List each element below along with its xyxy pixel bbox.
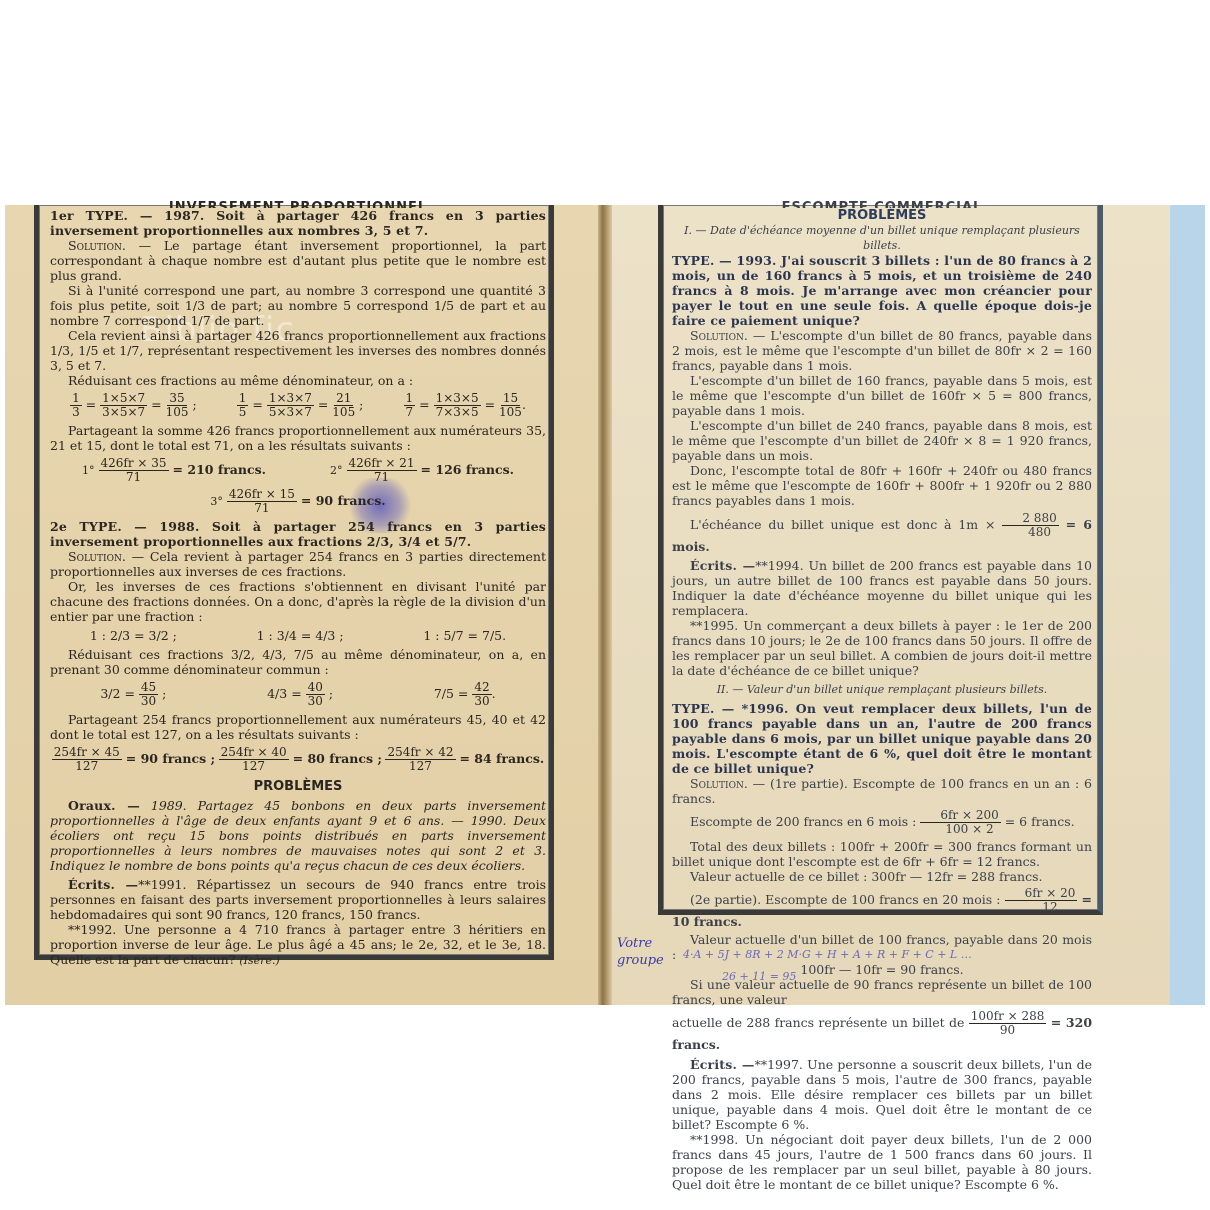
type1993-p2: L'escompte d'un billet de 160 francs, pa… [672,373,1092,418]
type1-results-row1: 1° 426fr × 3571 = 210 francs. 2° 426fr ×… [50,457,546,484]
type2-result-2: 254fr × 40127 = 80 francs ; [219,746,382,773]
background-sky [1170,205,1205,1005]
type2-divisions: 1 : 2/3 = 3/2 ; 1 : 3/4 = 4/3 ; 1 : 5/7 … [50,628,546,643]
common-2: 4/3 = 4030 ; [267,681,333,708]
ecrits-1997: Écrits. —**1997. Une personne a souscrit… [672,1057,1092,1132]
problems-title-left: PROBLÈMES [50,779,546,794]
type1996-heading: TYPE. — *1996. On veut remplacer deux bi… [672,701,1092,776]
handwritten-label: Votre groupe [617,935,677,969]
type1993-solution: Solution. — L'escompte d'un billet de 80… [672,328,1092,373]
common-3: 7/5 = 4230. [434,681,496,708]
type1996-part2: (2e partie). Escompte de 100 francs en 2… [672,887,1092,929]
section-2-title: II. — Valeur d'un billet unique remplaça… [672,682,1092,697]
problems-oraux: Oraux. — 1989. Partagez 45 bonbons en de… [50,798,546,873]
reduction-1: 13 = 1×5×73×5×7 = 35105 ; [70,392,197,419]
reduction-3: 17 = 1×3×57×3×5 = 15105. [404,392,526,419]
problem-1992: **1992. Une personne a 4 710 francs à pa… [50,922,546,968]
type2-common-denominator: 3/2 = 4530 ; 4/3 = 4030 ; 7/5 = 4230. [50,681,546,708]
division-3: 1 : 5/7 = 7/5. [423,628,506,643]
result-1: 1° 426fr × 3571 = 210 francs. [82,457,266,484]
division-2: 1 : 3/4 = 4/3 ; [257,628,344,643]
left-page-content: INVERSEMENT PROPORTIONNEL 1er TYPE. — 19… [50,207,546,968]
section-1-title: I. — Date d'échéance moyenne d'un billet… [672,223,1092,253]
ecrits-1994: Écrits. —**1994. Un billet de 200 francs… [672,558,1092,618]
type1993-p3: L'escompte d'un billet de 240 francs, pa… [672,418,1092,463]
running-header-left: INVERSEMENT PROPORTIONNEL [50,200,546,208]
problem-1995: **1995. Un commerçant a deux billets à p… [672,618,1092,678]
problems-ecrits: Écrits. —**1991. Répartissez un secours … [50,877,546,922]
type1993-heading: TYPE. — 1993. J'ai souscrit 3 billets : … [672,253,1092,328]
handwritten-line-2: 26 + 11 = 95 [722,970,796,983]
type1996-line4: Valeur actuelle de ce billet : 300fr — 1… [672,869,1092,884]
type1-p2: Si à l'unité correspond une part, au nom… [50,283,546,328]
type1-solution: Solution. — Le partage étant inversement… [50,238,546,283]
solution-label: Solution. [68,238,126,253]
book-spine [598,205,612,1005]
type1996-part1: Solution. — (1re partie). Escompte de 10… [672,776,1092,806]
problem-1998: **1998. Un négociant doit payer deux bil… [672,1132,1092,1192]
handwritten-line-1: 4·A + 5J + 8R + 2 M·G + H + A + R + F + … [683,948,972,961]
type1-heading: 1er TYPE. — 1987. Soit à partager 426 fr… [50,208,546,238]
type2-heading: 2e TYPE. — 1988. Soit à partager 254 fra… [50,519,546,549]
type2-p4: Partageant 254 francs proportionnellemen… [50,712,546,742]
type1996-line2: Escompte de 200 francs en 6 mois : 6fr ×… [672,809,1092,836]
type1-reductions: 13 = 1×5×73×5×7 = 35105 ; 15 = 1×3×75×3×… [50,392,546,419]
type1-results-row2: 3° 426fr × 1571 = 90 francs. [50,488,546,515]
type2-results: 254fr × 45127 = 90 francs ; 254fr × 4012… [50,746,546,773]
type1993-conclusion: L'échéance du billet unique est donc à 1… [672,512,1092,554]
type2-result-3: 254fr × 42127 = 84 francs. [385,746,544,773]
right-page-content: ESCOMPTE COMMERCIAL PROBLÈMES I. — Date … [672,207,1092,1192]
result-2: 2° 426fr × 2171 = 126 francs. [330,457,514,484]
problems-title-right: PROBLÈMES [672,208,1092,223]
type1996-line3: Total des deux billets : 100fr + 200fr =… [672,839,1092,869]
type1-p3: Cela revient ainsi à partager 426 francs… [50,328,546,373]
running-header-right: ESCOMPTE COMMERCIAL [672,200,1092,208]
type2-p2: Or, les inverses de ces fractions s'obti… [50,579,546,624]
reduction-2: 15 = 1×3×75×3×7 = 21105 ; [237,392,364,419]
type1993-p4: Donc, l'escompte total de 80fr + 160fr +… [672,463,1092,508]
common-1: 3/2 = 4530 ; [100,681,166,708]
type2-solution: Solution. — Cela revient à partager 254 … [50,549,546,579]
type1-p5: Partageant la somme 426 francs proportio… [50,423,546,453]
division-1: 1 : 2/3 = 3/2 ; [90,628,177,643]
result-3: 3° 426fr × 1571 = 90 francs. [210,488,385,515]
type2-result-1: 254fr × 45127 = 90 francs ; [52,746,215,773]
type1996-line8: actuelle de 288 francs représente un bil… [672,1010,1092,1052]
type1-p4: Réduisant ces fractions au même dénomina… [50,373,546,388]
type2-p3: Réduisant ces fractions 3/2, 4/3, 7/5 au… [50,647,546,677]
